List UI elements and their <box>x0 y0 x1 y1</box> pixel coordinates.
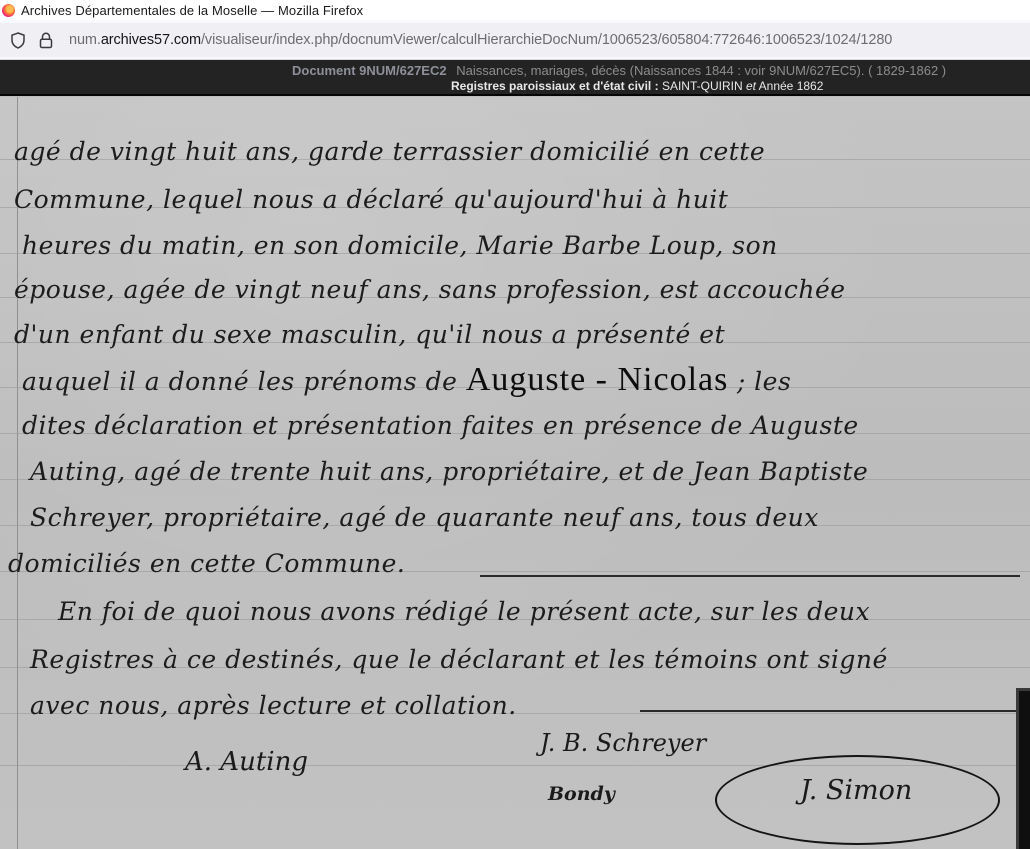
lock-icon[interactable] <box>36 30 56 50</box>
line-text-end: ; les <box>737 367 792 396</box>
child-given-names: Auguste - Nicolas <box>466 361 729 398</box>
url-path: /visualiseur/index.php/docnumViewer/calc… <box>201 32 892 48</box>
handwritten-line: dites déclaration et présentation faites… <box>22 411 859 440</box>
window-title: Archives Départementales de la Moselle —… <box>21 3 363 18</box>
breadcrumb-year: Année 1862 <box>759 79 824 93</box>
handwritten-line: Commune, lequel nous a déclaré qu'aujour… <box>14 185 728 214</box>
signature-schreyer: J. B. Schreyer <box>540 729 706 757</box>
signature-auting: A. Auting <box>185 747 308 777</box>
viewer-header: Document 9NUM/627EC2 Naissances, mariage… <box>0 60 1030 96</box>
document-description: Naissances, mariages, décès (Naissances … <box>456 63 946 78</box>
closing-rule <box>480 575 1020 577</box>
document-id: Document 9NUM/627EC2 <box>292 63 447 78</box>
signature-bondy: Bondy <box>548 783 615 805</box>
address-bar[interactable]: num.archives57.com/visualiseur/index.php… <box>0 23 1030 57</box>
handwritten-line: avec nous, après lecture et collation. <box>30 691 517 720</box>
url-prefix: num. <box>69 32 101 48</box>
url-host: archives57.com <box>101 32 201 48</box>
firefox-logo-icon <box>2 4 15 17</box>
document-title-line: Document 9NUM/627EC2 Naissances, mariage… <box>292 63 946 78</box>
viewer-side-panel[interactable] <box>1016 688 1030 849</box>
handwritten-line: agé de vingt huit ans, garde terrassier … <box>14 137 765 166</box>
handwritten-line: domiciliés en cette Commune. <box>8 549 405 578</box>
handwritten-line: d'un enfant du sexe masculin, qu'il nous… <box>14 320 725 349</box>
breadcrumb-and: et <box>746 79 756 93</box>
navigation-bar: num.archives57.com/visualiseur/index.php… <box>0 20 1030 60</box>
document-image-viewer[interactable]: agé de vingt huit ans, garde terrassier … <box>0 97 1030 849</box>
handwritten-line: heures du matin, en son domicile, Marie … <box>22 231 778 260</box>
closing-rule <box>640 710 1016 712</box>
breadcrumb: Registres paroissiaux et d'état civil : … <box>451 79 823 93</box>
handwritten-line: Schreyer, propriétaire, agé de quarante … <box>30 503 819 532</box>
url-text[interactable]: num.archives57.com/visualiseur/index.php… <box>69 32 892 48</box>
breadcrumb-place: SAINT-QUIRIN <box>662 79 743 93</box>
breadcrumb-label: Registres paroissiaux et d'état civil : <box>451 79 659 93</box>
handwritten-line: Registres à ce destinés, que le déclaran… <box>30 645 888 674</box>
shield-icon[interactable] <box>8 30 28 50</box>
handwritten-line: auquel il a donné les prénoms de Auguste… <box>22 361 791 399</box>
window-titlebar: Archives Départementales de la Moselle —… <box>0 0 1030 20</box>
line-text: auquel il a donné les prénoms de <box>22 367 457 396</box>
handwritten-line: Auting, agé de trente huit ans, propriét… <box>30 457 868 486</box>
handwritten-line: En foi de quoi nous avons rédigé le prés… <box>58 597 870 626</box>
signature-simon: J. Simon <box>800 775 912 806</box>
handwritten-line: épouse, agée de vingt neuf ans, sans pro… <box>14 275 846 304</box>
